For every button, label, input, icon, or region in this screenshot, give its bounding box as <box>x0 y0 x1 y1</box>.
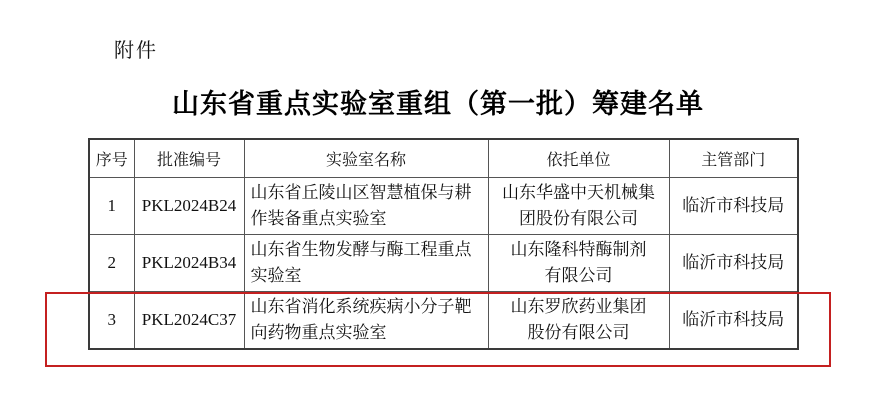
cell-supporting-org: 山东隆科特酶制剂 有限公司 <box>488 234 669 291</box>
col-header-lab-name: 实验室名称 <box>244 139 488 177</box>
cell-department: 临沂市科技局 <box>669 177 798 234</box>
cell-lab-name: 山东省生物发酵与酶工程重点 实验室 <box>244 234 488 291</box>
cell-seq: 1 <box>89 177 134 234</box>
col-header-seq: 序号 <box>89 139 134 177</box>
cell-seq: 3 <box>89 291 134 349</box>
cell-department: 临沂市科技局 <box>669 234 798 291</box>
table-row: 2 PKL2024B34 山东省生物发酵与酶工程重点 实验室 山东隆科特酶制剂 … <box>89 234 798 291</box>
cell-seq: 2 <box>89 234 134 291</box>
table-header-row: 序号 批准编号 实验室名称 依托单位 主管部门 <box>89 139 798 177</box>
table-row-highlighted: 3 PKL2024C37 山东省消化系统疾病小分子靶 向药物重点实验室 山东罗欣… <box>89 291 798 349</box>
cell-department: 临沂市科技局 <box>669 291 798 349</box>
cell-supporting-org: 山东华盛中天机械集 团股份有限公司 <box>488 177 669 234</box>
cell-approval-code: PKL2024B24 <box>134 177 244 234</box>
cell-lab-name: 山东省消化系统疾病小分子靶 向药物重点实验室 <box>244 291 488 349</box>
attachment-label: 附件 <box>114 34 158 63</box>
col-header-approval-code: 批准编号 <box>134 139 244 177</box>
table-row: 1 PKL2024B24 山东省丘陵山区智慧植保与耕 作装备重点实验室 山东华盛… <box>89 177 798 234</box>
cell-lab-name: 山东省丘陵山区智慧植保与耕 作装备重点实验室 <box>244 177 488 234</box>
col-header-department: 主管部门 <box>669 139 798 177</box>
cell-approval-code: PKL2024B34 <box>134 234 244 291</box>
document-page: 附件 山东省重点实验室重组（第一批）筹建名单 序号 批准编号 实验室名称 依托单… <box>0 0 876 397</box>
cell-approval-code: PKL2024C37 <box>134 291 244 349</box>
page-title: 山东省重点实验室重组（第一批）筹建名单 <box>0 82 876 121</box>
col-header-supporting-org: 依托单位 <box>488 139 669 177</box>
cell-supporting-org: 山东罗欣药业集团 股份有限公司 <box>488 291 669 349</box>
lab-list-table: 序号 批准编号 实验室名称 依托单位 主管部门 1 PKL2024B24 山东省… <box>88 138 799 350</box>
